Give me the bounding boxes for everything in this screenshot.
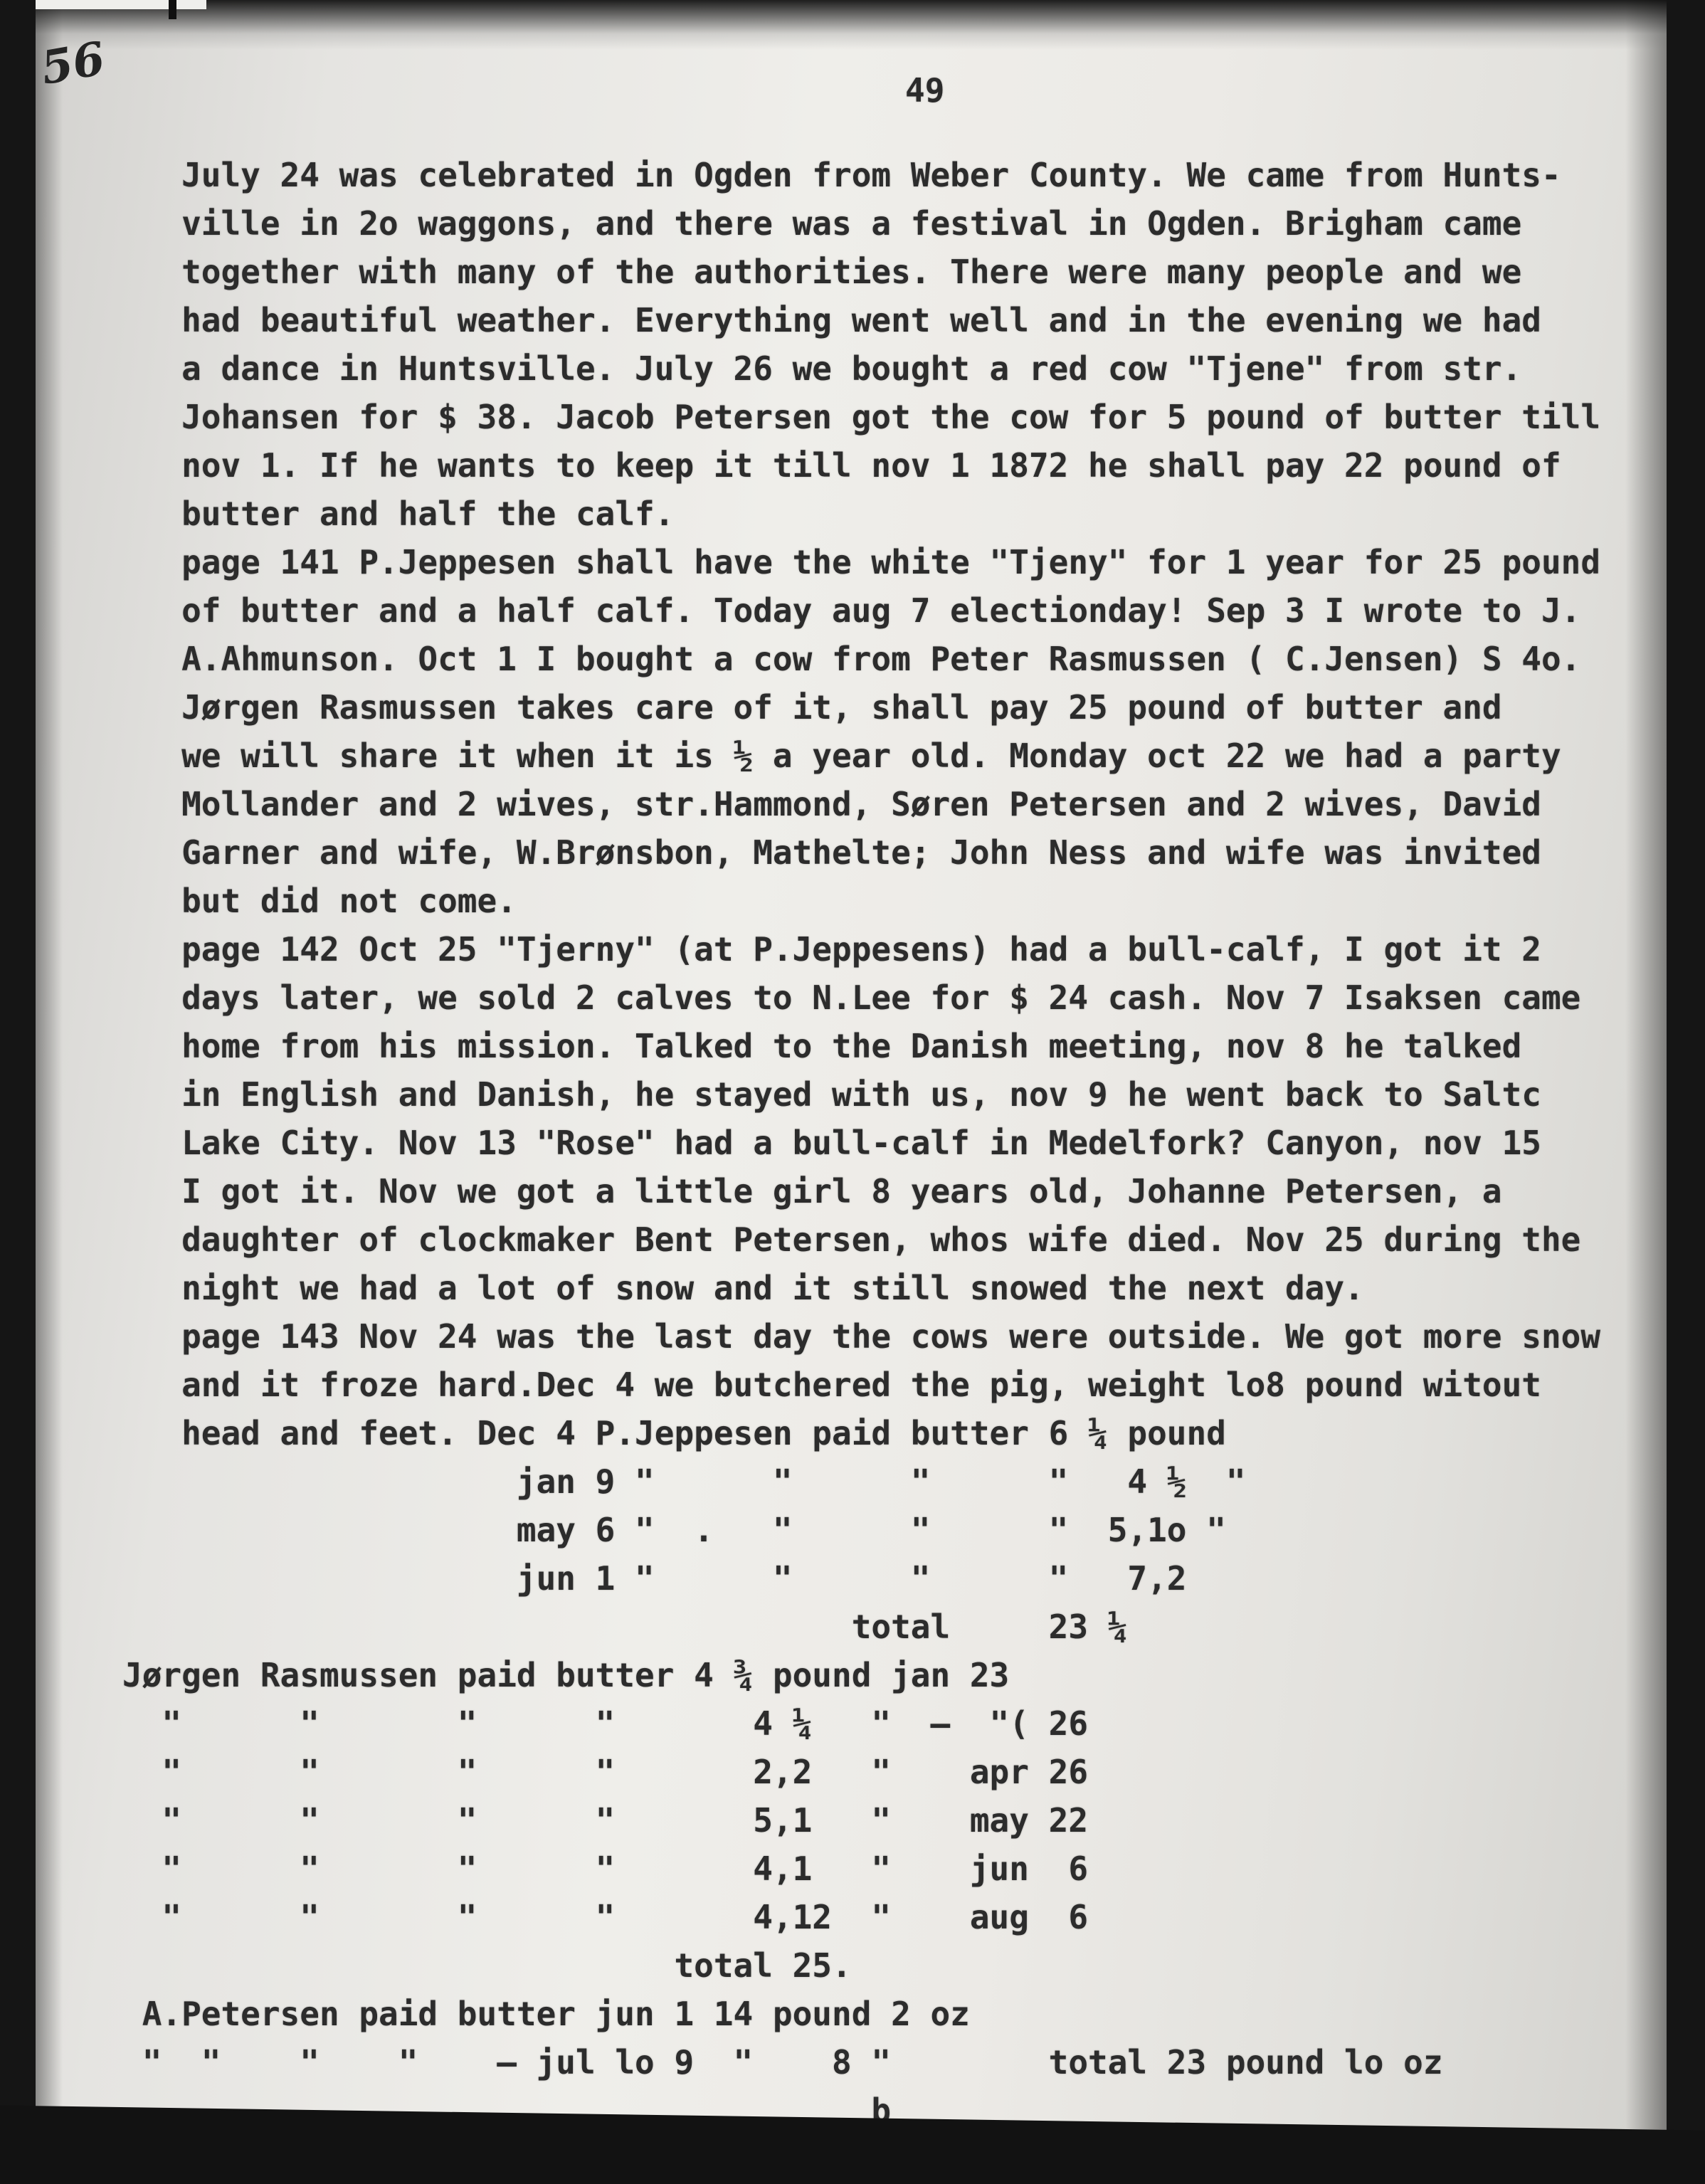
text-line: head and feet. Dec 4 P.Jeppesen paid but…	[122, 1409, 1600, 1457]
text-line: " " " " — jul lo 9 " 8 " total 23 pound …	[122, 2038, 1600, 2087]
scan-right-border	[1667, 0, 1705, 2184]
text-line: butter and half the calf.	[122, 490, 1600, 538]
text-line: total 23 ¼	[122, 1603, 1600, 1651]
text-line: " " " " 4,1 " jun 6	[122, 1845, 1600, 1893]
text-line: jun 1 " " " " 7,2	[122, 1554, 1600, 1603]
text-line: night we had a lot of snow and it still …	[122, 1264, 1600, 1312]
text-line: July 24 was celebrated in Ogden from Web…	[122, 151, 1600, 199]
text-line: Mollander and 2 wives, str.Hammond, Søre…	[122, 780, 1600, 828]
text-line: of butter and a half calf. Today aug 7 e…	[122, 586, 1600, 635]
text-line: home from his mission. Talked to the Dan…	[122, 1022, 1600, 1070]
text-line: we will share it when it is ½ a year old…	[122, 732, 1600, 780]
text-line: had beautiful weather. Everything went w…	[122, 296, 1600, 344]
text-line: A.Ahmunson. Oct 1 I bought a cow from Pe…	[122, 635, 1600, 683]
text-line: " " " " 4,12 " aug 6	[122, 1893, 1600, 1941]
text-line: jan 9 " " " " 4 ½ "	[122, 1457, 1600, 1506]
text-line: a dance in Huntsville. July 26 we bought…	[122, 344, 1600, 393]
text-line: Garner and wife, W.Brønsbon, Mathelte; J…	[122, 828, 1600, 877]
text-line: Jørgen Rasmussen paid butter 4 ¾ pound j…	[122, 1651, 1600, 1699]
text-line: page 141 P.Jeppesen shall have the white…	[122, 538, 1600, 586]
text-line: ville in 2o waggons, and there was a fes…	[122, 199, 1600, 248]
scan-left-border	[0, 0, 36, 2184]
paper-content: 56 49 July 24 was celebrated in Ogden fr…	[36, 0, 1667, 2184]
text-line: A.Petersen paid butter jun 1 14 pound 2 …	[122, 1990, 1600, 2038]
text-line: " " " " 5,1 " may 22	[122, 1796, 1600, 1845]
typewritten-text: July 24 was celebrated in Ogden from Web…	[122, 151, 1600, 2135]
text-line: daughter of clockmaker Bent Petersen, wh…	[122, 1215, 1600, 1264]
text-line: together with many of the authorities. T…	[122, 248, 1600, 296]
text-line: Jørgen Rasmussen takes care of it, shall…	[122, 683, 1600, 732]
text-line: nov 1. If he wants to keep it till nov 1…	[122, 441, 1600, 490]
text-line: Lake City. Nov 13 "Rose" had a bull-calf…	[122, 1119, 1600, 1167]
text-line: " " " " 2,2 " apr 26	[122, 1748, 1600, 1796]
text-line: Johansen for $ 38. Jacob Petersen got th…	[122, 393, 1600, 441]
text-line: page 142 Oct 25 "Tjerny" (at P.Jeppesens…	[122, 925, 1600, 974]
text-line: may 6 " . " " " 5,1o "	[122, 1506, 1600, 1554]
text-line: " " " " 4 ¼ " — "( 26	[122, 1699, 1600, 1748]
text-line: I got it. Nov we got a little girl 8 yea…	[122, 1167, 1600, 1215]
text-line: but did not come.	[122, 877, 1600, 925]
text-line: page 143 Nov 24 was the last day the cow…	[122, 1312, 1600, 1361]
text-line: in English and Danish, he stayed with us…	[122, 1070, 1600, 1119]
text-line: days later, we sold 2 calves to N.Lee fo…	[122, 974, 1600, 1022]
text-line: and it froze hard.Dec 4 we butchered the…	[122, 1361, 1600, 1409]
text-line: total 25.	[122, 1941, 1600, 1990]
handwritten-page-number: 56	[37, 32, 109, 95]
page-number: 49	[905, 71, 944, 110]
